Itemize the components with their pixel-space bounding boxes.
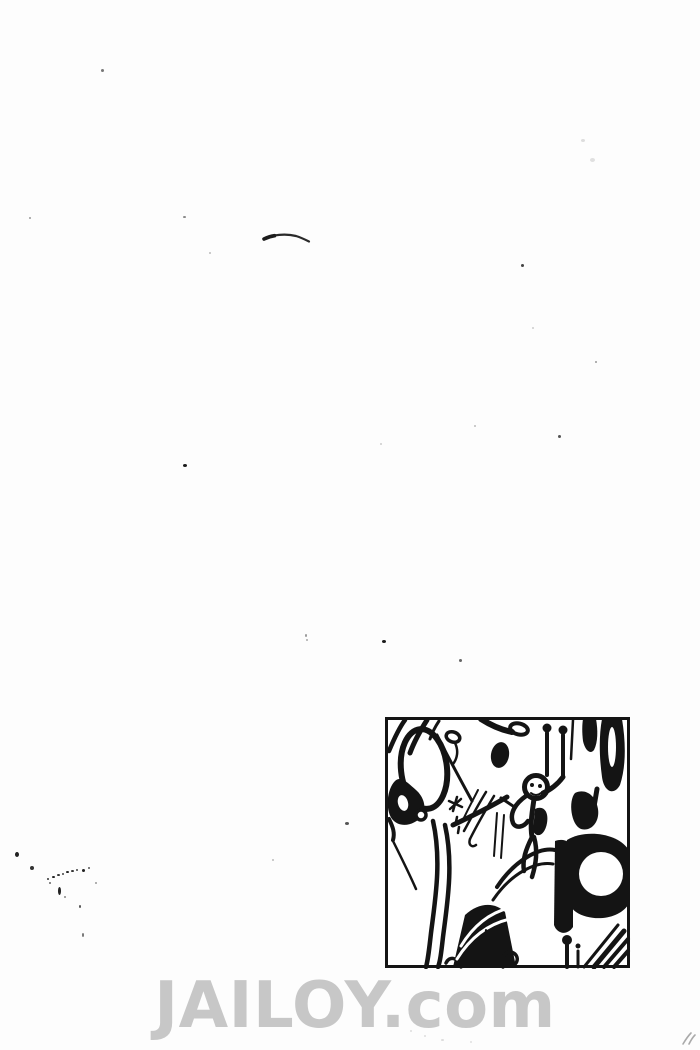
watermark-text: JAILOY.com [5,969,700,1044]
speck [474,425,476,427]
speck [441,1039,444,1041]
speck [71,870,74,872]
speck [82,869,85,872]
speck [64,896,66,898]
speck [209,252,211,254]
speck [424,1035,426,1037]
scanned-page: JAILOY.com [0,0,700,1050]
speck [76,869,78,871]
speck [590,158,595,162]
speck [88,867,90,869]
speck [57,874,60,876]
speck [380,443,382,445]
pen-stroke-mark [250,230,316,248]
speck [30,866,34,870]
speck [521,264,524,267]
speck [558,435,561,438]
manga-panel-sketch [385,717,631,969]
speck [29,217,31,219]
speck [62,873,64,875]
speck [595,361,597,363]
speck [459,659,462,662]
speck [79,905,81,908]
speck [470,1041,472,1043]
speck [581,139,585,142]
speck [52,876,55,878]
speck [382,640,386,643]
speck [101,69,104,72]
speck [95,882,97,884]
speck [306,639,308,641]
speck [183,216,186,218]
speck [47,878,49,880]
speck [49,882,51,884]
speck [345,822,349,825]
speck [272,859,274,861]
speck [183,464,187,467]
speck [305,634,307,637]
speck [58,887,61,895]
speck [66,871,69,873]
speck [532,327,534,329]
speck [82,933,84,937]
speck [410,1030,412,1032]
speck [15,852,19,857]
corner-scribble-mark [679,1031,699,1047]
